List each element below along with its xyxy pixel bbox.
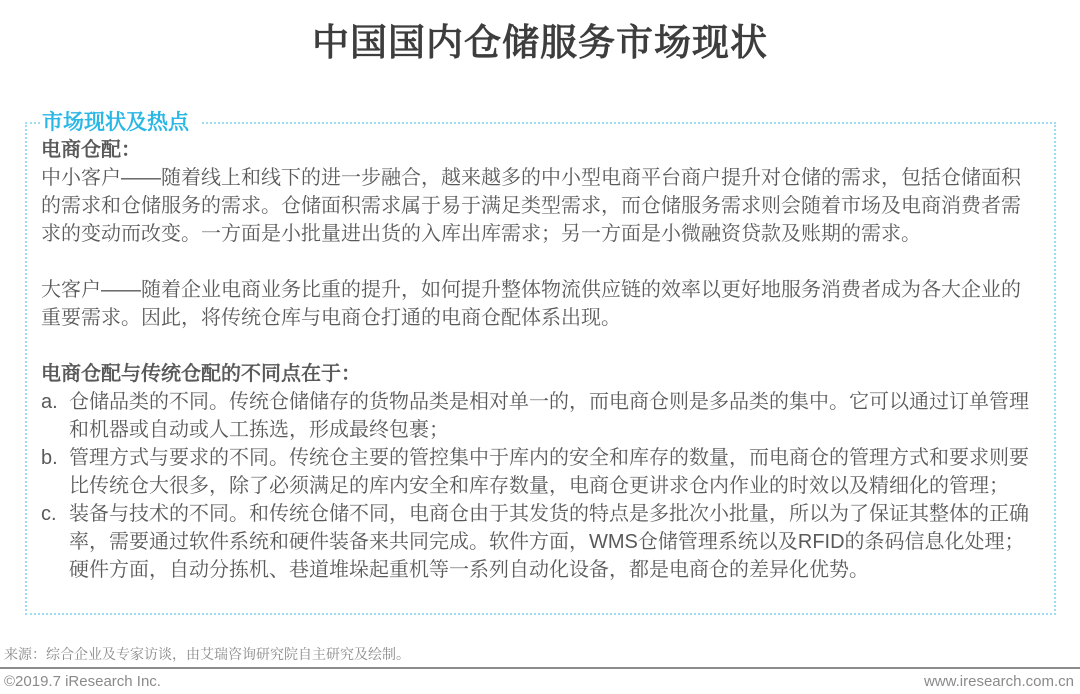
differences-heading: 电商仓配与传统仓配的不同点在于： [41, 360, 1040, 388]
source-note: 来源：综合企业及专家访谈，由艾瑞咨询研究院自主研究及绘制。 [4, 644, 410, 664]
paragraph-small-medium-clients: 中小客户——随着线上和线下的进一步融合，越来越多的中小型电商平台商户提升对仓储的… [41, 164, 1040, 248]
list-text-c: 装备与技术的不同。和传统仓储不同，电商仓由于其发货的特点是多批次小批量，所以为了… [69, 500, 1040, 584]
ecommerce-warehousing-heading: 电商仓配： [41, 136, 1040, 164]
differences-list: a. 仓储品类的不同。传统仓储储存的货物品类是相对单一的，而电商仓则是多品类的集… [41, 388, 1040, 584]
list-item-a: a. 仓储品类的不同。传统仓储储存的货物品类是相对单一的，而电商仓则是多品类的集… [41, 388, 1040, 444]
list-marker-c: c. [41, 500, 69, 584]
market-status-box: 市场现状及热点 电商仓配： 中小客户——随着线上和线下的进一步融合，越来越多的中… [25, 122, 1056, 615]
footer-bar: ©2019.7 iResearch Inc. www.iresearch.com… [4, 673, 1074, 690]
copyright-text: ©2019.7 iResearch Inc. [4, 673, 161, 690]
list-text-a: 仓储品类的不同。传统仓储储存的货物品类是相对单一的，而电商仓则是多品类的集中。它… [69, 388, 1040, 444]
paragraph-large-clients: 大客户——随着企业电商业务比重的提升，如何提升整体物流供应链的效率以更好地服务消… [41, 276, 1040, 332]
list-item-b: b. 管理方式与要求的不同。传统仓主要的管控集中于库内的安全和库存的数量，而电商… [41, 444, 1040, 500]
section-label: 市场现状及热点 [40, 109, 201, 137]
list-marker-a: a. [41, 388, 69, 444]
website-link[interactable]: www.iresearch.com.cn [924, 673, 1074, 690]
list-item-c: c. 装备与技术的不同。和传统仓储不同，电商仓由于其发货的特点是多批次小批量，所… [41, 500, 1040, 584]
footer-divider [0, 667, 1080, 669]
list-marker-b: b. [41, 444, 69, 500]
list-text-b: 管理方式与要求的不同。传统仓主要的管控集中于库内的安全和库存的数量，而电商仓的管… [69, 444, 1040, 500]
page-title: 中国国内仓储服务市场现状 [0, 0, 1080, 66]
